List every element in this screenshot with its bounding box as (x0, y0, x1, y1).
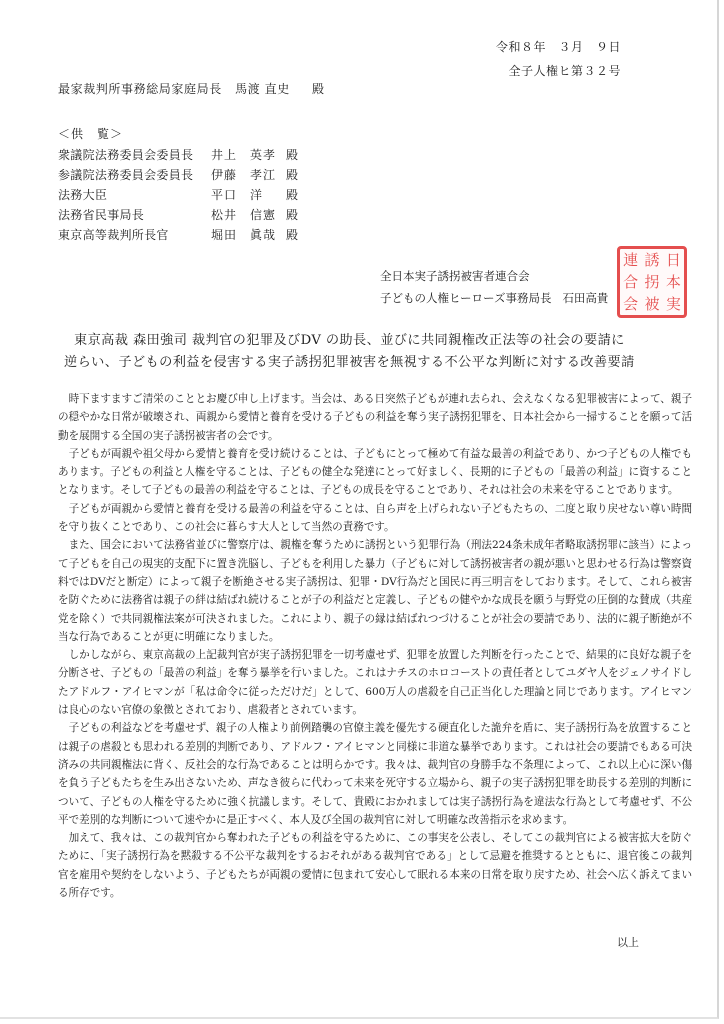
sender-line: 子どもの人権ヒーローズ事務局長 石田高貴 (380, 287, 608, 309)
sender-organization: 全日本実子誘拐被害者連合会 (380, 265, 608, 287)
seal-char: 連 (620, 249, 641, 271)
cc-recipient-title: 法務大臣 (58, 185, 211, 205)
seal-char: 実 (663, 293, 684, 315)
cc-recipient-honorific: 殿 (286, 205, 306, 225)
sender-block: 全日本実子誘拐被害者連合会 子どもの人権ヒーローズ事務局長 石田高貴 (380, 265, 608, 309)
cc-recipient: 参議院法務委員会委員長 伊藤 孝江 殿 (58, 165, 306, 185)
body-paragraph: 加えて、我々は、この裁判官から奪われた子どもの利益を守るために、この事実を公表し… (58, 829, 692, 902)
cc-recipient: 衆議院法務委員会委員長 井上 英孝 殿 (58, 145, 306, 165)
body-paragraph: 子どもが両親から愛情と養育を受ける最善の利益を守ることは、自ら声を上げられない子… (58, 500, 692, 537)
cc-recipient: 法務大臣 平口 洋 殿 (58, 185, 306, 205)
document-title: 東京高裁 森田強司 裁判官の犯罪及びDV の助長、並びに共同親権改正法等の社会の… (64, 330, 704, 374)
document-body: 時下ますますご清栄のこととお慶び申し上げます。当会は、ある日突然子どもが連れ去ら… (58, 390, 692, 902)
seal-char: 本 (663, 271, 684, 293)
body-paragraph: 子どもが両親や祖父母から愛情と養育を受け続けることは、子どもにとって極めて有益な… (58, 445, 692, 500)
cc-list: ＜供 覧＞ 衆議院法務委員会委員長 井上 英孝 殿 参議院法務委員会委員長 伊藤… (58, 123, 306, 245)
cc-recipient-title: 参議院法務委員会委員長 (58, 165, 211, 185)
body-paragraph: 子どもの利益などを考慮せず、親子の人権より前例踏襲の官僚主義を優先する硬直化した… (58, 719, 692, 829)
official-seal-stamp: 連 誘 日 合 拐 本 会 被 実 (617, 246, 687, 318)
cc-recipient-name: 井上 英孝 (211, 145, 286, 165)
reference-number: 全子人権ヒ第３２号 (496, 59, 621, 83)
seal-char: 合 (620, 271, 641, 293)
seal-char: 拐 (641, 271, 662, 293)
body-paragraph: しかしながら、東京高裁の上記裁判官が実子誘拐犯罪を一切考慮せず、犯罪を放置した判… (58, 646, 692, 719)
cc-recipient-title: 衆議院法務委員会委員長 (58, 145, 211, 165)
seal-char: 被 (641, 293, 662, 315)
closing-mark: 以上 (617, 934, 639, 950)
document-title-line-2: 逆らい、子どもの利益を侵害する実子誘拐犯罪被害を無視する不公平な判断に対する改善… (64, 352, 704, 374)
seal-char: 日 (663, 249, 684, 271)
cc-recipient-name: 平口 洋 (211, 185, 286, 205)
document-page: 令和８年 ３月 ９日 全子人権ヒ第３２号 最家裁判所事務総局家庭局長 馬渡 直史… (0, 0, 719, 1019)
addressee-honorific: 殿 (312, 82, 325, 96)
cc-recipient-title: 法務省民事局長 (58, 205, 211, 225)
addressee-title: 最家裁判所事務総局家庭局長 (58, 82, 222, 96)
sender-name: 石田高貴 (562, 291, 608, 305)
cc-recipient-honorific: 殿 (286, 225, 306, 245)
sender-position: 子どもの人権ヒーローズ事務局長 (380, 291, 551, 305)
body-paragraph: 時下ますますご清栄のこととお慶び申し上げます。当会は、ある日突然子どもが連れ去ら… (58, 390, 692, 445)
cc-recipient: 東京高等裁判所長官 堀田 眞哉 殿 (58, 225, 306, 245)
cc-recipient-honorific: 殿 (286, 185, 306, 205)
addressee-name: 馬渡 直史 (235, 82, 290, 96)
seal-char: 誘 (641, 249, 662, 271)
addressee-line: 最家裁判所事務総局家庭局長 馬渡 直史 殿 (58, 80, 325, 97)
cc-recipient: 法務省民事局長 松井 信憲 殿 (58, 205, 306, 225)
seal-char: 会 (620, 293, 641, 315)
cc-heading: ＜供 覧＞ (58, 123, 306, 145)
body-paragraph: また、国会において法務省並びに警察庁は、親権を奪うために誘拐という犯罪行為（刑法… (58, 536, 692, 646)
cc-recipient-name: 松井 信憲 (211, 205, 286, 225)
cc-recipient-title: 東京高等裁判所長官 (58, 225, 211, 245)
document-date: 令和８年 ３月 ９日 (496, 35, 621, 59)
cc-recipient-name: 伊藤 孝江 (211, 165, 286, 185)
document-meta: 令和８年 ３月 ９日 全子人権ヒ第３２号 (496, 35, 621, 83)
cc-recipient-honorific: 殿 (286, 165, 306, 185)
cc-recipient-name: 堀田 眞哉 (211, 225, 286, 245)
cc-recipient-honorific: 殿 (286, 145, 306, 165)
document-title-line-1: 東京高裁 森田強司 裁判官の犯罪及びDV の助長、並びに共同親権改正法等の社会の… (64, 330, 704, 352)
